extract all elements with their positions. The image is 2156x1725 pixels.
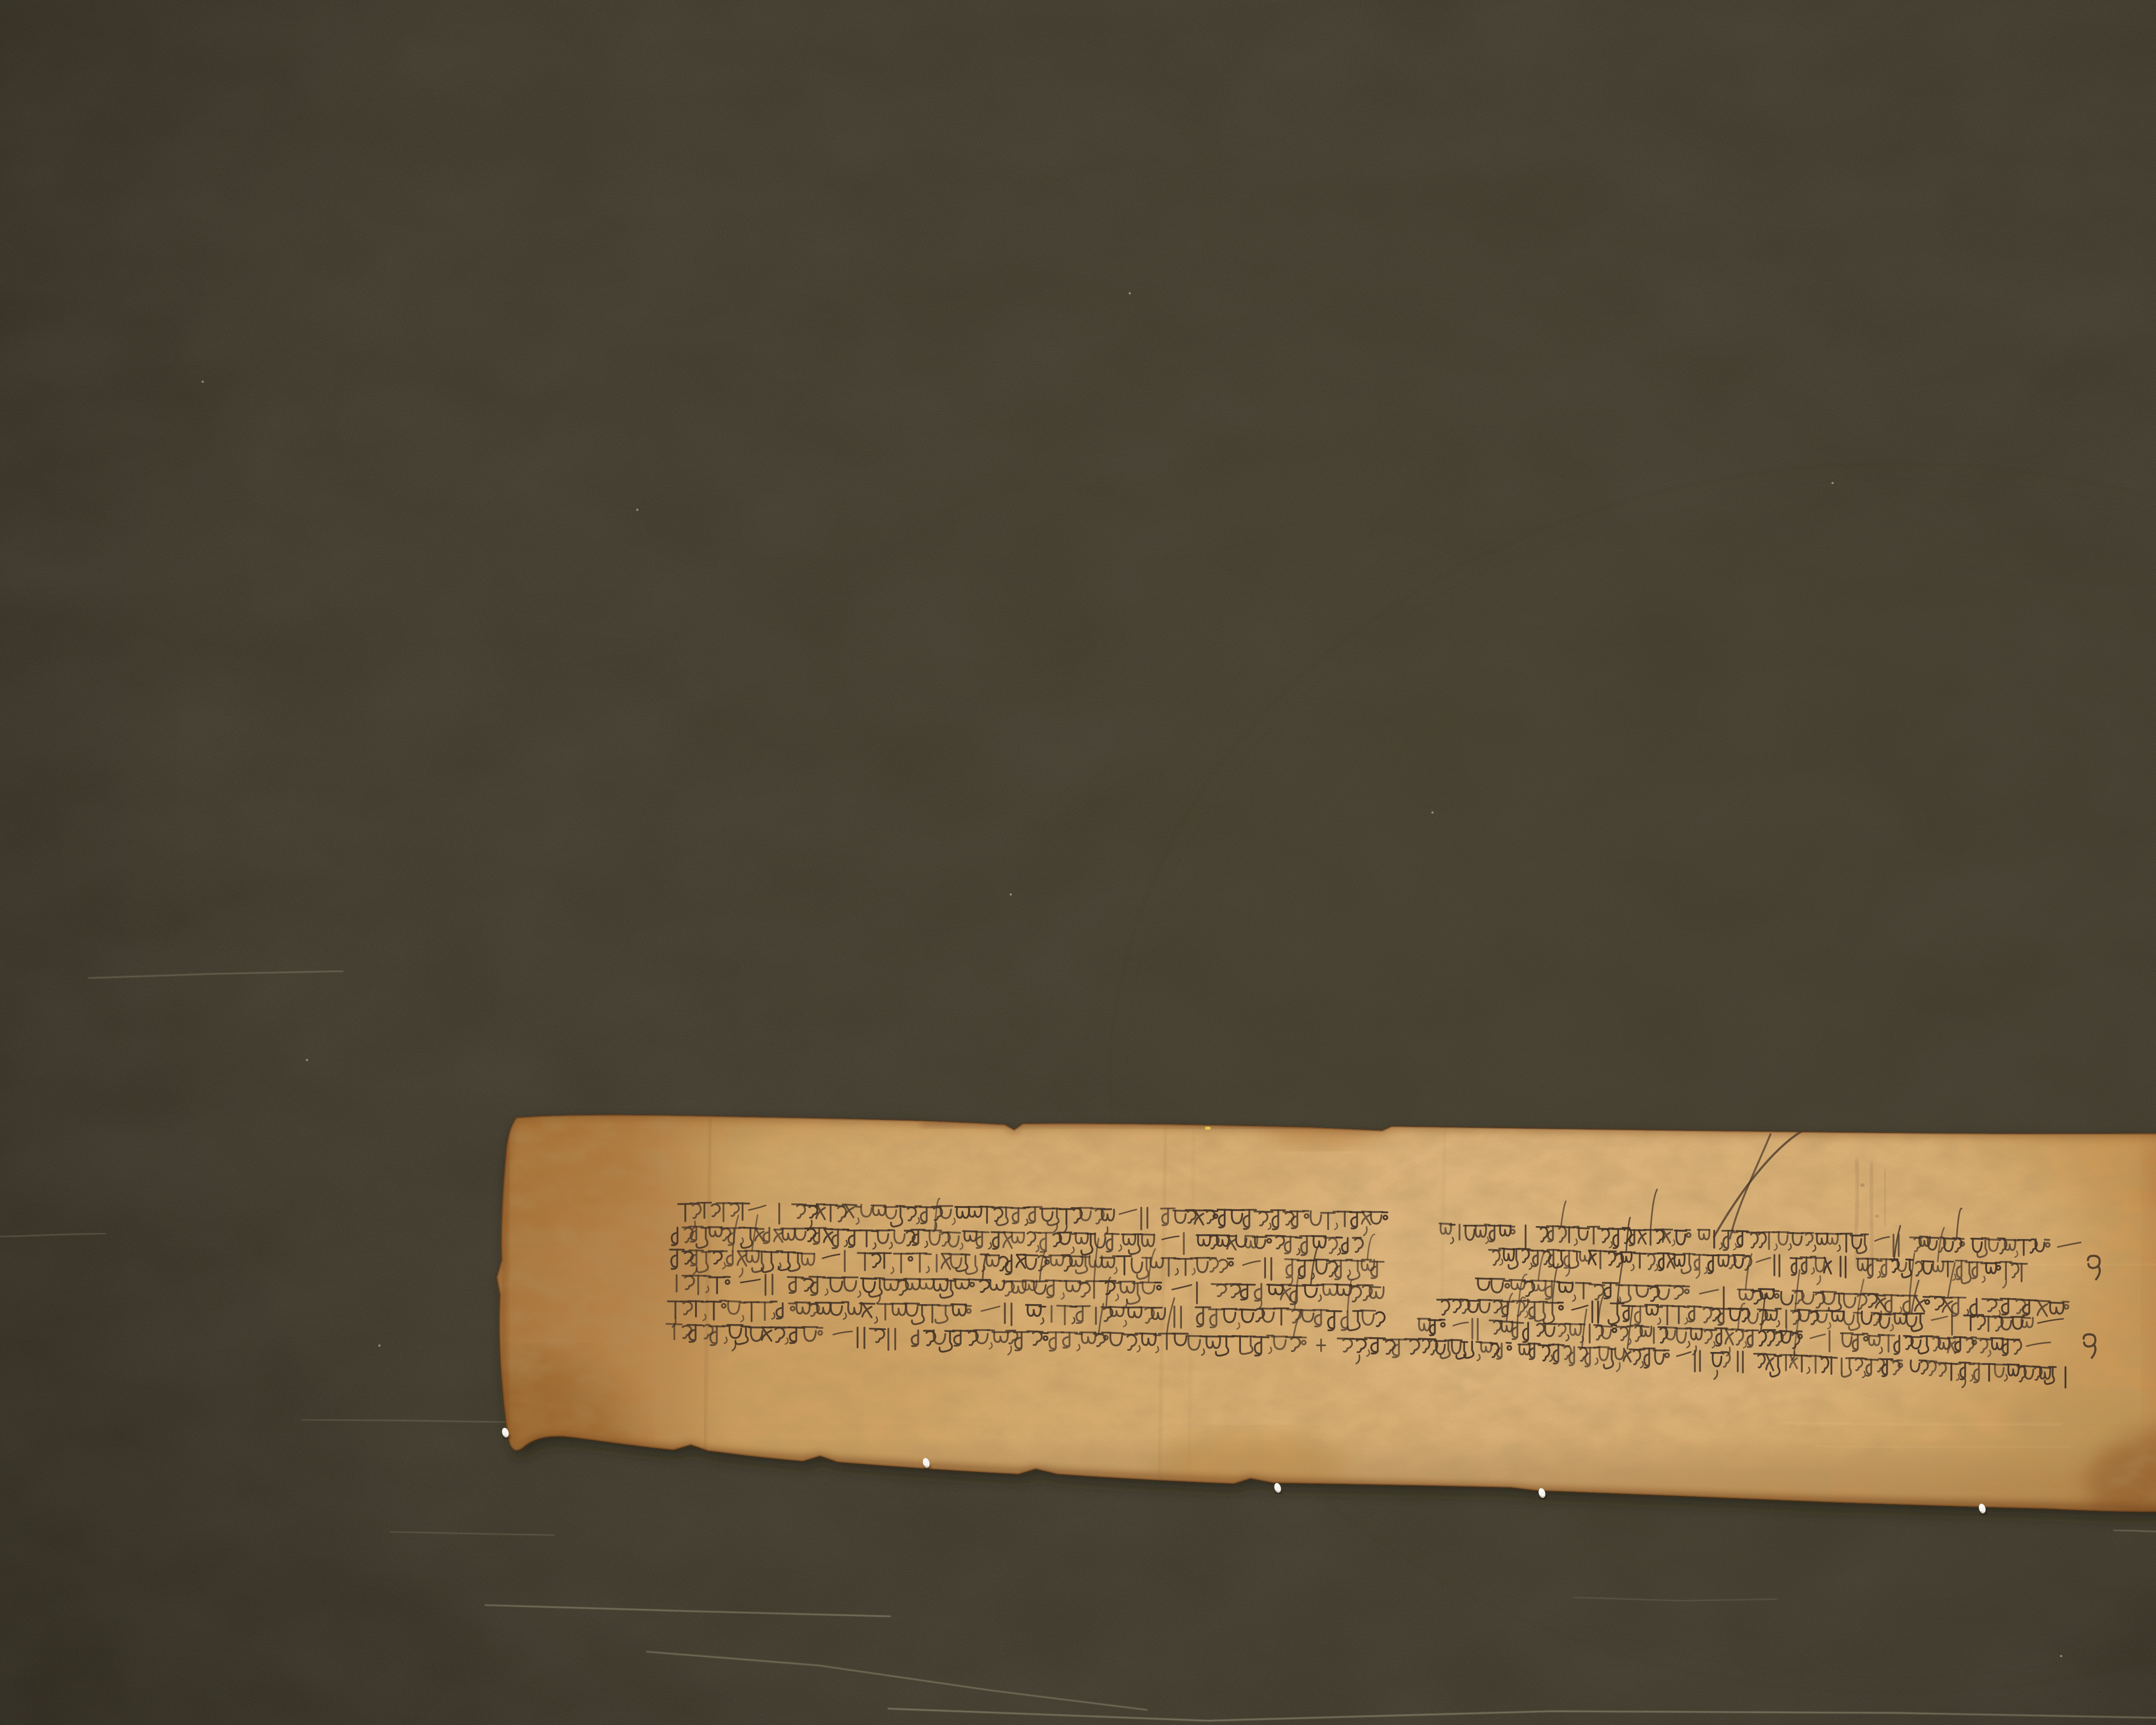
photo-vignette xyxy=(0,0,2156,1725)
photo-stage xyxy=(0,0,2156,1725)
manuscript-photograph xyxy=(0,0,2156,1725)
